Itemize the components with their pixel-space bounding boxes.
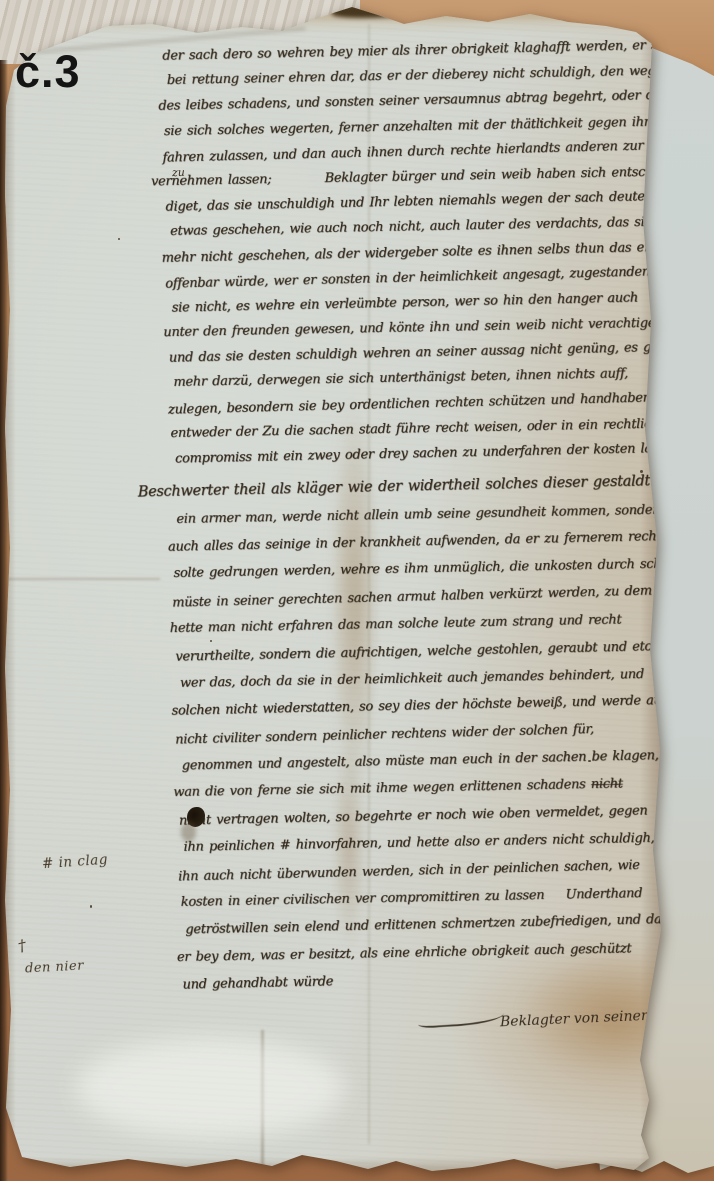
margin-note-cross: den nier xyxy=(25,958,85,976)
manuscript-page: der sach dero so wehren bey mier als ihr… xyxy=(0,0,714,1181)
left-edge-shadow xyxy=(0,40,16,1170)
top-fold-shadow xyxy=(332,0,460,19)
paragraph-1: der sach dero so wehren bey mier als ihr… xyxy=(150,33,684,473)
manuscript-text: der sach dero so wehren bey mier als ihr… xyxy=(150,33,696,1000)
paper-speck xyxy=(90,905,92,908)
manuscript-photo: der sach dero so wehren bey mier als ihr… xyxy=(0,0,714,1181)
bottom-edge-shadow xyxy=(0,1157,714,1173)
margin-note-insertion: # in clag xyxy=(42,852,109,873)
paper-speck xyxy=(118,238,120,240)
bottom-left-light-patch xyxy=(76,1038,344,1138)
manuscript-page-wrap: der sach dero so wehren bey mier als ihr… xyxy=(0,0,714,1181)
horizontal-crease xyxy=(0,578,160,580)
archival-number-label: č.3 xyxy=(15,46,81,98)
paragraph-2: Beschwerter theil als kläger wie der wid… xyxy=(159,468,695,1000)
interline-insertion: zu xyxy=(172,166,185,179)
margin-cross-icon: † xyxy=(16,935,28,955)
pen-flourish xyxy=(418,1011,505,1028)
